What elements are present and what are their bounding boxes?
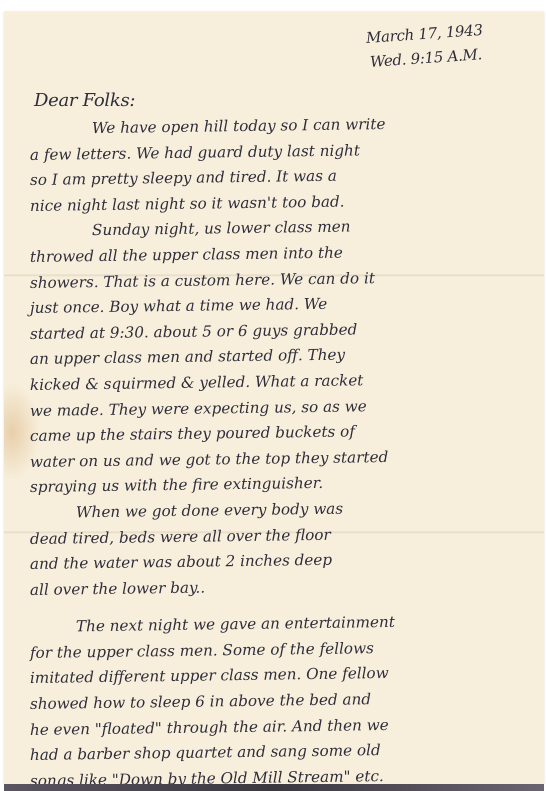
letter-page: March 17, 1943 Wed. 9:15 A.M. Dear Folks… <box>4 12 544 784</box>
letter-date-block: March 17, 1943 Wed. 9:15 A.M. <box>366 26 483 74</box>
page-bottom-edge <box>4 784 544 791</box>
letter-body: We have open hill today so I can write a… <box>30 117 540 791</box>
salutation: Dear Folks: <box>34 90 135 111</box>
